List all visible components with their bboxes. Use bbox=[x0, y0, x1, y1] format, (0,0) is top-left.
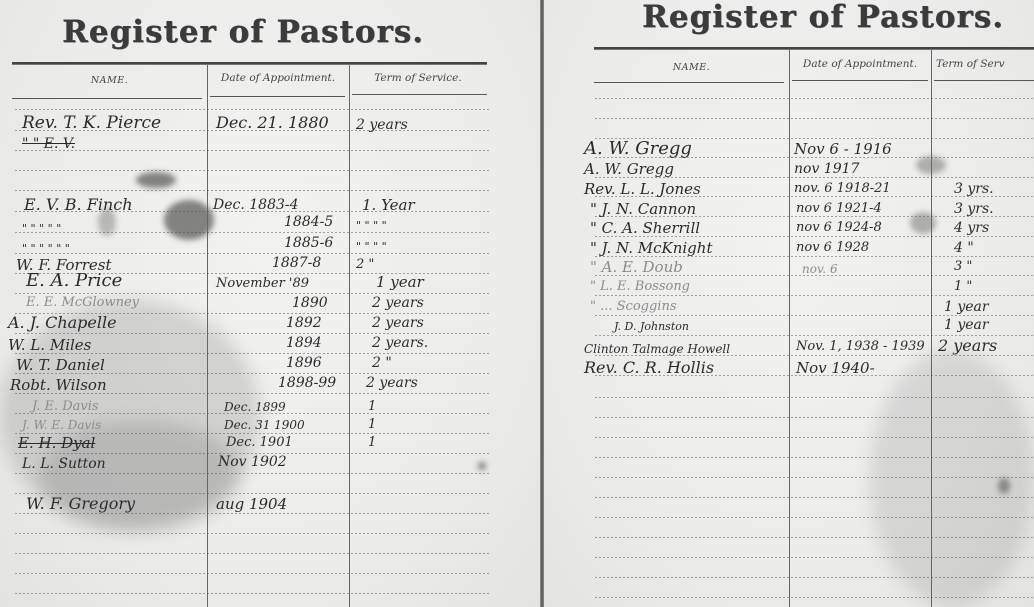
appointment-date: nov 6 1921-4 bbox=[796, 202, 882, 216]
appointment-date: 1892 bbox=[286, 316, 322, 330]
header-underline bbox=[210, 96, 345, 97]
ledger-spread: Register of Pastors. NAME. Date of Appoi… bbox=[0, 0, 1034, 607]
pastor-name: " J. N. Cannon bbox=[590, 202, 696, 216]
appointment-date: nov 1917 bbox=[794, 162, 859, 176]
appointment-date: 1894 bbox=[286, 336, 322, 350]
pastor-name: " C. A. Sherrill bbox=[590, 221, 700, 235]
column-divider bbox=[789, 50, 790, 607]
column-divider bbox=[931, 50, 932, 607]
pastor-name: E. E. McGlowney bbox=[26, 296, 139, 310]
appointment-date: Dec. 1899 bbox=[224, 400, 286, 414]
term-of-service: 2 years bbox=[938, 339, 997, 353]
term-of-service: " " " " bbox=[356, 219, 387, 233]
term-of-service: 3 yrs. bbox=[954, 202, 994, 216]
ink-blot bbox=[998, 478, 1010, 494]
term-of-service: 1 year bbox=[376, 275, 424, 289]
term-of-service: 1. Year bbox=[362, 198, 415, 212]
appointment-date: nov 6 1928 bbox=[796, 241, 869, 255]
pastor-name: A. W. Gregg bbox=[584, 142, 692, 156]
appointment-date: 1896 bbox=[286, 356, 322, 370]
ink-blot bbox=[478, 462, 486, 470]
term-of-service: 1 bbox=[368, 400, 376, 414]
pastor-name: W. F. Gregory bbox=[26, 497, 135, 511]
header-underline bbox=[352, 94, 487, 95]
column-header-name: NAME. bbox=[594, 62, 789, 73]
pastor-name: Rev. L. L. Jones bbox=[584, 182, 701, 196]
column-header-name: NAME. bbox=[12, 75, 207, 86]
appointment-date: nov 6 1924-8 bbox=[796, 221, 882, 235]
term-of-service: 1 bbox=[368, 436, 376, 450]
pastor-name: W. L. Miles bbox=[8, 338, 91, 352]
pastor-name: E. H. Dyal bbox=[18, 436, 95, 450]
pastor-name: E. V. B. Finch bbox=[24, 198, 133, 212]
pastor-name: " J. N. McKnight bbox=[590, 241, 712, 255]
term-of-service: 1 year bbox=[944, 300, 989, 314]
term-of-service: 2 " bbox=[356, 258, 374, 272]
appointment-date: nov. 6 1918-21 bbox=[794, 182, 891, 196]
appointment-date: Dec. 1901 bbox=[226, 436, 293, 450]
pastor-name: Rev. C. R. Hollis bbox=[584, 361, 714, 375]
appointment-date: 1890 bbox=[292, 296, 328, 310]
header-rule bbox=[12, 62, 487, 65]
appointment-date: 1887-8 bbox=[272, 256, 321, 270]
term-of-service: 4 " bbox=[954, 241, 974, 255]
pastor-name: J. D. Johnston bbox=[614, 320, 689, 334]
column-divider bbox=[207, 65, 208, 607]
column-header-date: Date of Appointment. bbox=[789, 58, 931, 70]
appointment-date: November '89 bbox=[216, 277, 309, 291]
term-of-service: 1 " bbox=[954, 280, 972, 294]
header-underline bbox=[934, 80, 1034, 81]
pastor-name: " " " " " " bbox=[22, 242, 70, 256]
book-gutter bbox=[540, 0, 544, 607]
pastor-name: J. E. Davis bbox=[32, 400, 99, 414]
appointment-date: Nov 6 - 1916 bbox=[794, 142, 892, 156]
pastor-name: A. W. Gregg bbox=[584, 162, 674, 176]
pastor-name: Rev. T. K. Pierce bbox=[22, 116, 161, 130]
term-of-service: 2 years. bbox=[372, 336, 428, 350]
appointment-date: 1898-99 bbox=[278, 376, 336, 390]
appointment-date: Nov. 1, 1938 - 1939 bbox=[796, 340, 925, 354]
pastor-name: J. W. E. Davis bbox=[22, 418, 101, 432]
term-of-service: 2 years bbox=[372, 296, 424, 310]
column-header-term: Term of Service. bbox=[349, 72, 487, 84]
term-of-service: 2 " bbox=[372, 356, 392, 370]
term-of-service: 3 yrs. bbox=[954, 182, 994, 196]
pastor-name: Clinton Talmage Howell bbox=[584, 342, 730, 356]
appointment-date: nov. 6 bbox=[802, 262, 838, 276]
appointment-date: Dec. 21. 1880 bbox=[216, 116, 329, 130]
term-of-service: 1 bbox=[368, 418, 376, 432]
column-header-date: Date of Appointment. bbox=[207, 72, 349, 84]
appointment-date: Nov 1902 bbox=[218, 455, 287, 469]
appointment-date: Dec. 31 1900 bbox=[224, 418, 305, 432]
term-of-service: 1 year bbox=[944, 318, 989, 332]
pastor-name: " " " " " bbox=[22, 222, 61, 236]
pastor-name: " " E. V. bbox=[22, 137, 75, 151]
term-of-service: 2 years bbox=[356, 118, 408, 132]
pastor-name: Robt. Wilson bbox=[10, 378, 107, 392]
header-underline bbox=[12, 98, 202, 99]
pastor-name: " A. E. Doub bbox=[590, 260, 683, 274]
header-rule bbox=[594, 47, 1034, 50]
appointment-date: 1885-6 bbox=[284, 236, 333, 250]
term-of-service: 4 yrs bbox=[954, 221, 989, 235]
appointment-date: Nov 1940- bbox=[796, 361, 875, 375]
appointment-date: aug 1904 bbox=[216, 497, 287, 511]
pastor-name: " L. E. Bossong bbox=[590, 280, 690, 294]
right-page: Register of Pastors. NAME. Date of Appoi… bbox=[540, 0, 1034, 607]
pastor-name: " ... Scoggins bbox=[590, 300, 677, 314]
column-divider bbox=[349, 65, 350, 607]
pastor-name: L. L. Sutton bbox=[22, 457, 106, 471]
header-underline bbox=[792, 80, 928, 81]
page-title: Register of Pastors. bbox=[642, 0, 1004, 35]
appointment-date: Dec. 1883-4 bbox=[213, 198, 299, 212]
pastor-name: W. T. Daniel bbox=[16, 358, 105, 372]
page-title: Register of Pastors. bbox=[62, 14, 424, 50]
term-of-service: " " " " bbox=[356, 240, 387, 254]
term-of-service: 2 years bbox=[366, 376, 418, 390]
header-underline bbox=[594, 82, 784, 83]
pastor-name: A. J. Chapelle bbox=[8, 316, 117, 330]
ink-blot bbox=[136, 172, 176, 188]
column-header-term: Term of Serv bbox=[936, 58, 1034, 70]
appointment-date: 1884-5 bbox=[284, 215, 333, 229]
term-of-service: 3 " bbox=[954, 260, 972, 274]
pastor-name: E. A. Price bbox=[26, 274, 122, 288]
water-stain bbox=[870, 350, 1034, 607]
left-page: Register of Pastors. NAME. Date of Appoi… bbox=[0, 0, 540, 607]
term-of-service: 2 years bbox=[372, 316, 424, 330]
